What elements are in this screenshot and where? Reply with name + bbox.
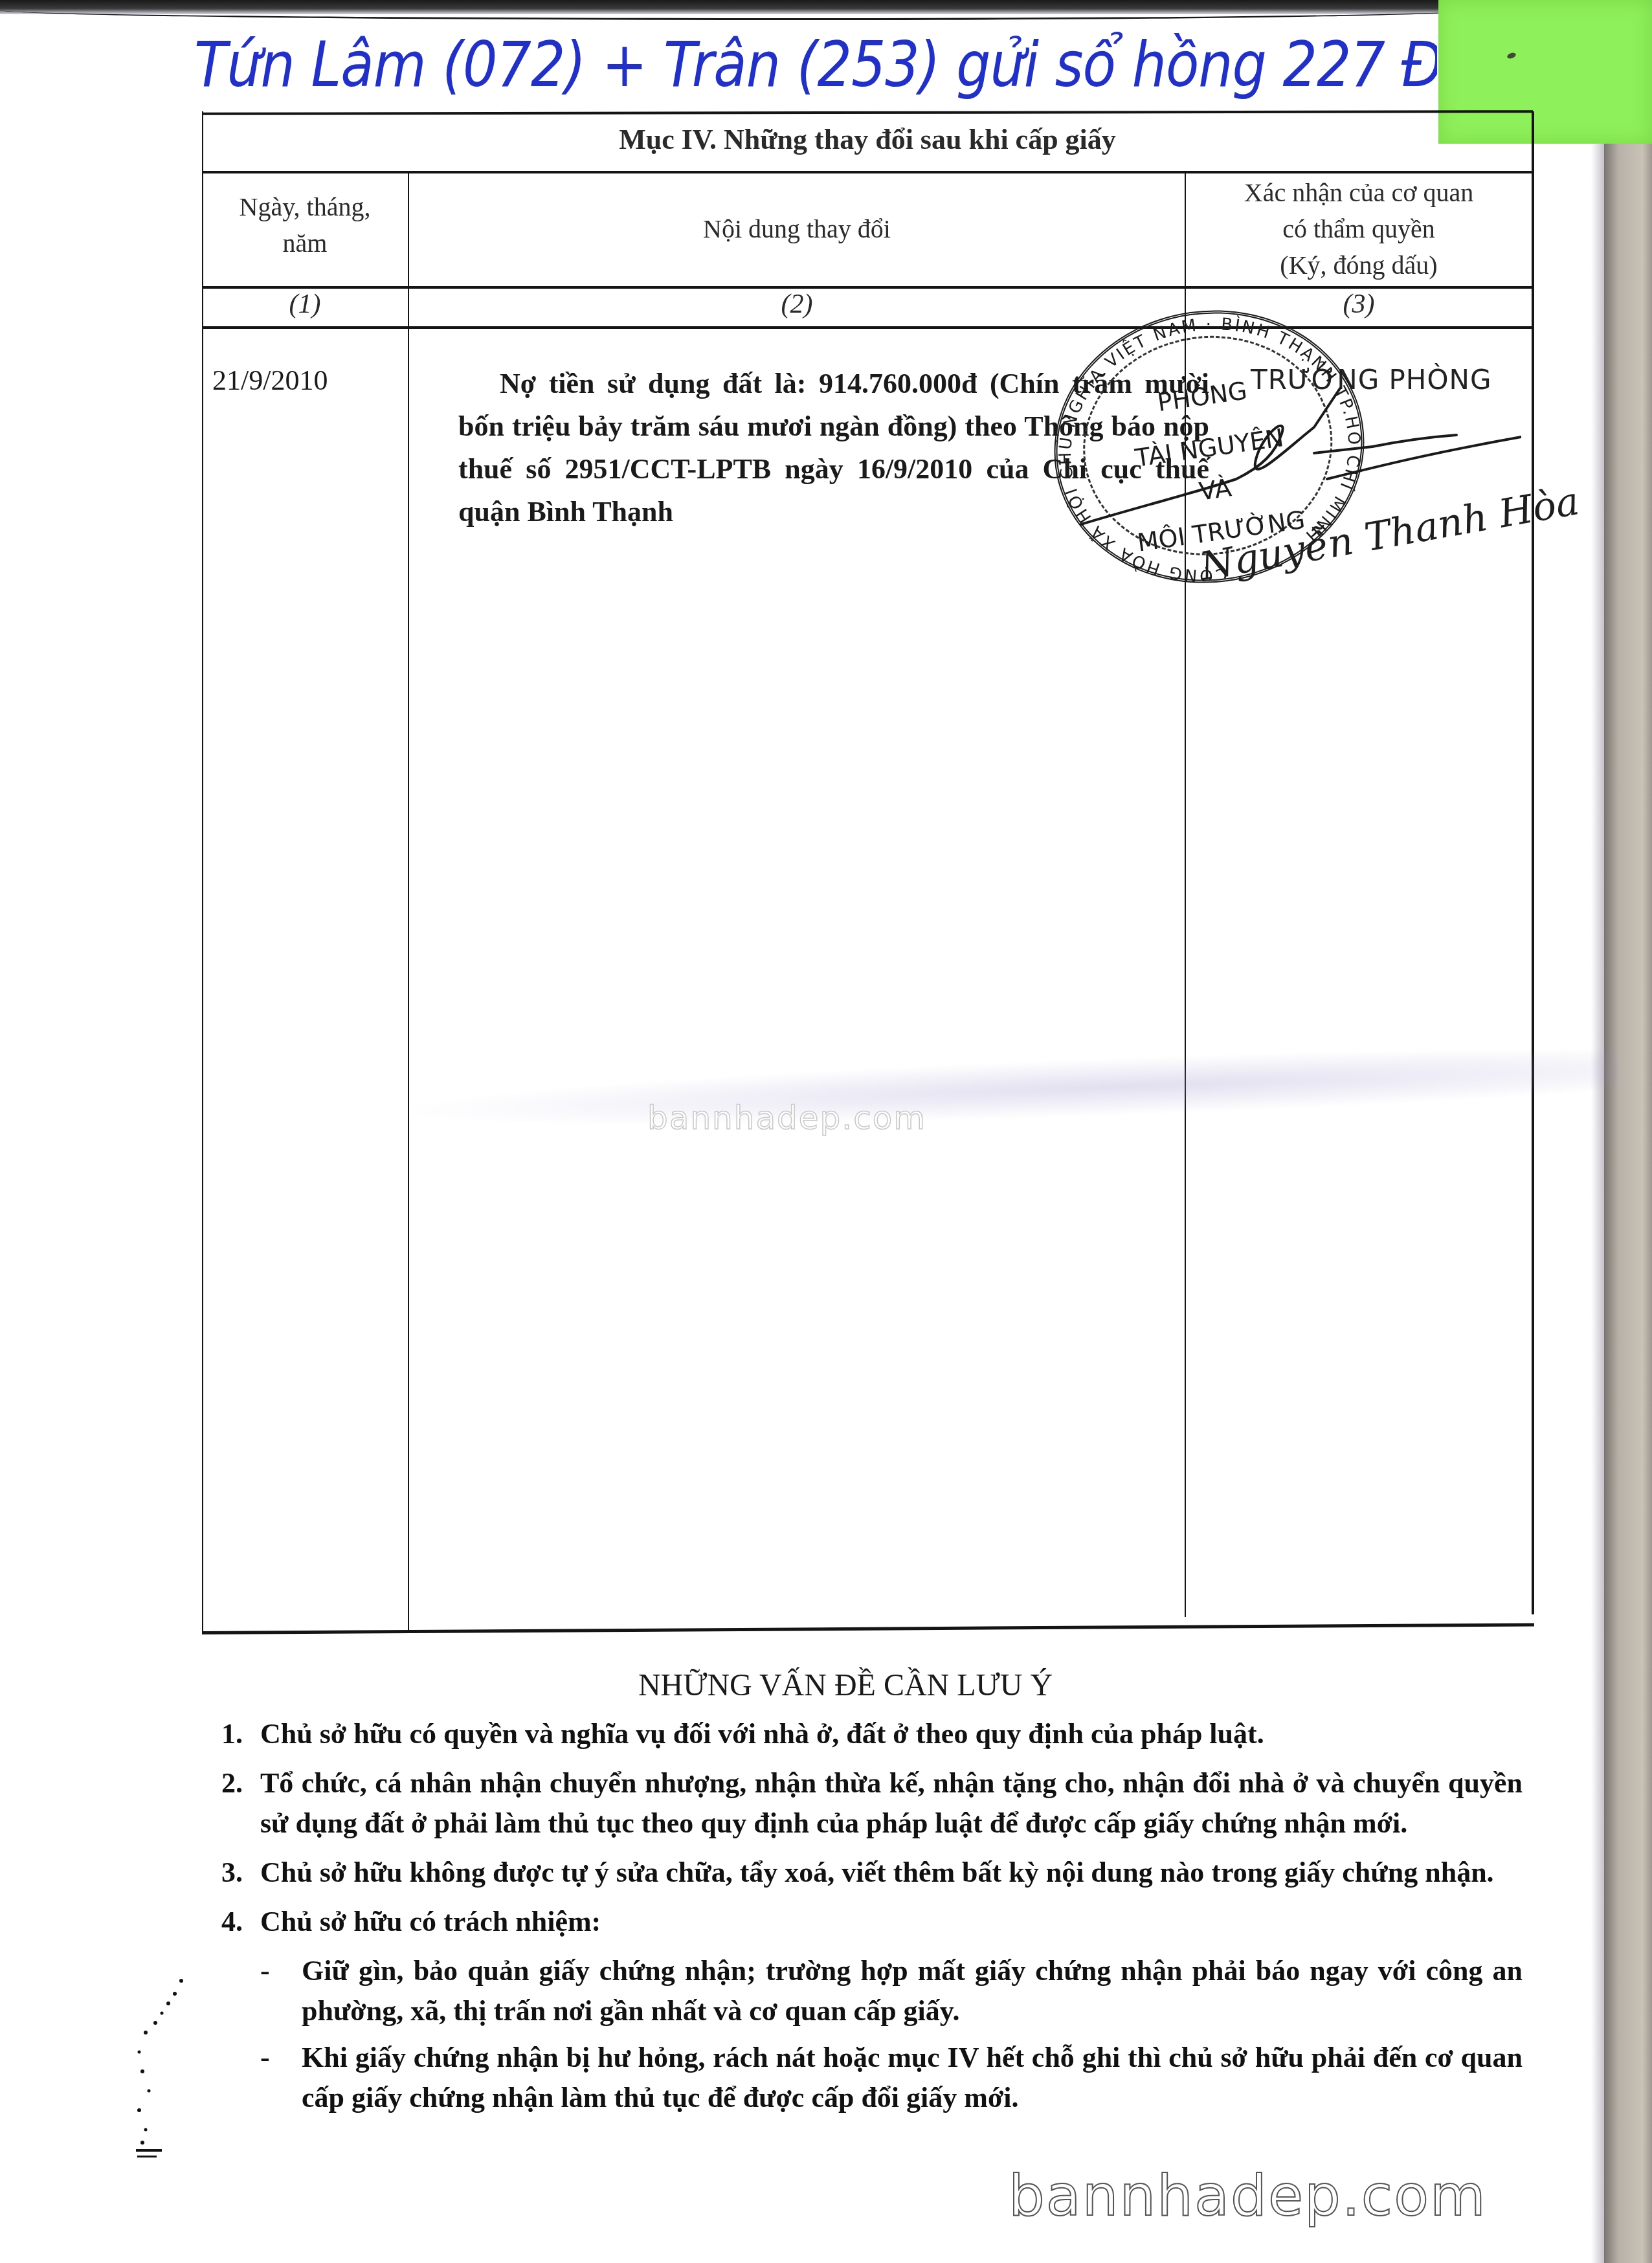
column-number: (3)	[1186, 289, 1532, 320]
table-divider	[202, 171, 1533, 173]
margin-scribble	[110, 1968, 214, 2181]
watermark-bottom: bannhadep.com	[1009, 2162, 1487, 2229]
note-sub-item: - Khi giấy chứng nhận bị hư hỏng, rách n…	[260, 2038, 1523, 2118]
watermark-middle: bannhadep.com	[647, 1099, 926, 1137]
note-text: Chủ sở hữu không được tự ý sửa chữa, tẩy…	[260, 1853, 1523, 1893]
note-sub-text: Khi giấy chứng nhận bị hư hỏng, rách nát…	[302, 2038, 1523, 2118]
note-number: 2.	[221, 1763, 260, 1844]
column-number: (2)	[409, 289, 1185, 320]
entry-content: Nợ tiền sử dụng đất là: 914.760.000đ (Ch…	[458, 362, 1209, 533]
column-header-date: Ngày, tháng, năm	[202, 189, 408, 262]
table-border-top	[202, 110, 1533, 115]
note-sub-text: Giữ gìn, bảo quản giấy chứng nhận; trườn…	[302, 1951, 1523, 2031]
column-header-content: Nội dung thay đổi	[409, 211, 1185, 247]
scan-right-edge	[1604, 144, 1652, 2263]
changes-table: Mục IV. Những thay đổi sau khi cấp giấy …	[202, 111, 1533, 1633]
table-border-bottom	[202, 1623, 1534, 1634]
table-divider	[202, 326, 1533, 329]
note-text: Tổ chức, cá nhân nhận chuyển nhượng, nhậ…	[260, 1763, 1523, 1844]
note-number: 1.	[221, 1714, 260, 1754]
note-sub-item: - Giữ gìn, bảo quản giấy chứng nhận; trư…	[260, 1951, 1523, 2031]
certifier-title: TRƯỞNG PHÒNG	[1251, 364, 1491, 396]
note-text: Chủ sở hữu có trách nhiệm:	[260, 1902, 1523, 1942]
note-number: 4.	[221, 1902, 260, 1942]
note-text: Chủ sở hữu có quyền và nghĩa vụ đối với …	[260, 1714, 1523, 1754]
table-border-right	[1532, 111, 1534, 1614]
column-divider	[408, 171, 409, 1633]
notes-list: 1. Chủ sở hữu có quyền và nghĩa vụ đối v…	[221, 1714, 1523, 2118]
paper-fold-line	[0, 9, 1476, 20]
bullet-dash: -	[260, 1951, 302, 2031]
note-sub-list: - Giữ gìn, bảo quản giấy chứng nhận; trư…	[260, 1951, 1523, 2118]
note-number: 3.	[221, 1853, 260, 1893]
note-item: 3. Chủ sở hữu không được tự ý sửa chữa, …	[221, 1853, 1523, 1893]
table-border-left	[202, 111, 203, 1633]
column-number: (1)	[202, 289, 408, 320]
note-item: 4. Chủ sở hữu có trách nhiệm:	[221, 1902, 1523, 1942]
bullet-dash: -	[260, 2038, 302, 2118]
handwritten-note: Tứn Lâm (072) + Trân (253) gửi sổ hồng 2…	[194, 28, 1437, 117]
entry-date: 21/9/2010	[212, 364, 328, 397]
note-item: 1. Chủ sở hữu có quyền và nghĩa vụ đối v…	[221, 1714, 1523, 1754]
column-header-certification: Xác nhận của cơ quan có thẩm quyền (Ký, …	[1186, 175, 1532, 284]
note-item: 2. Tổ chức, cá nhân nhận chuyển nhượng, …	[221, 1763, 1523, 1844]
notes-title: NHỮNG VẤN ĐỀ CẦN LƯU Ý	[0, 1667, 1652, 1703]
section-title: Mục IV. Những thay đổi sau khi cấp giấy	[202, 123, 1533, 156]
